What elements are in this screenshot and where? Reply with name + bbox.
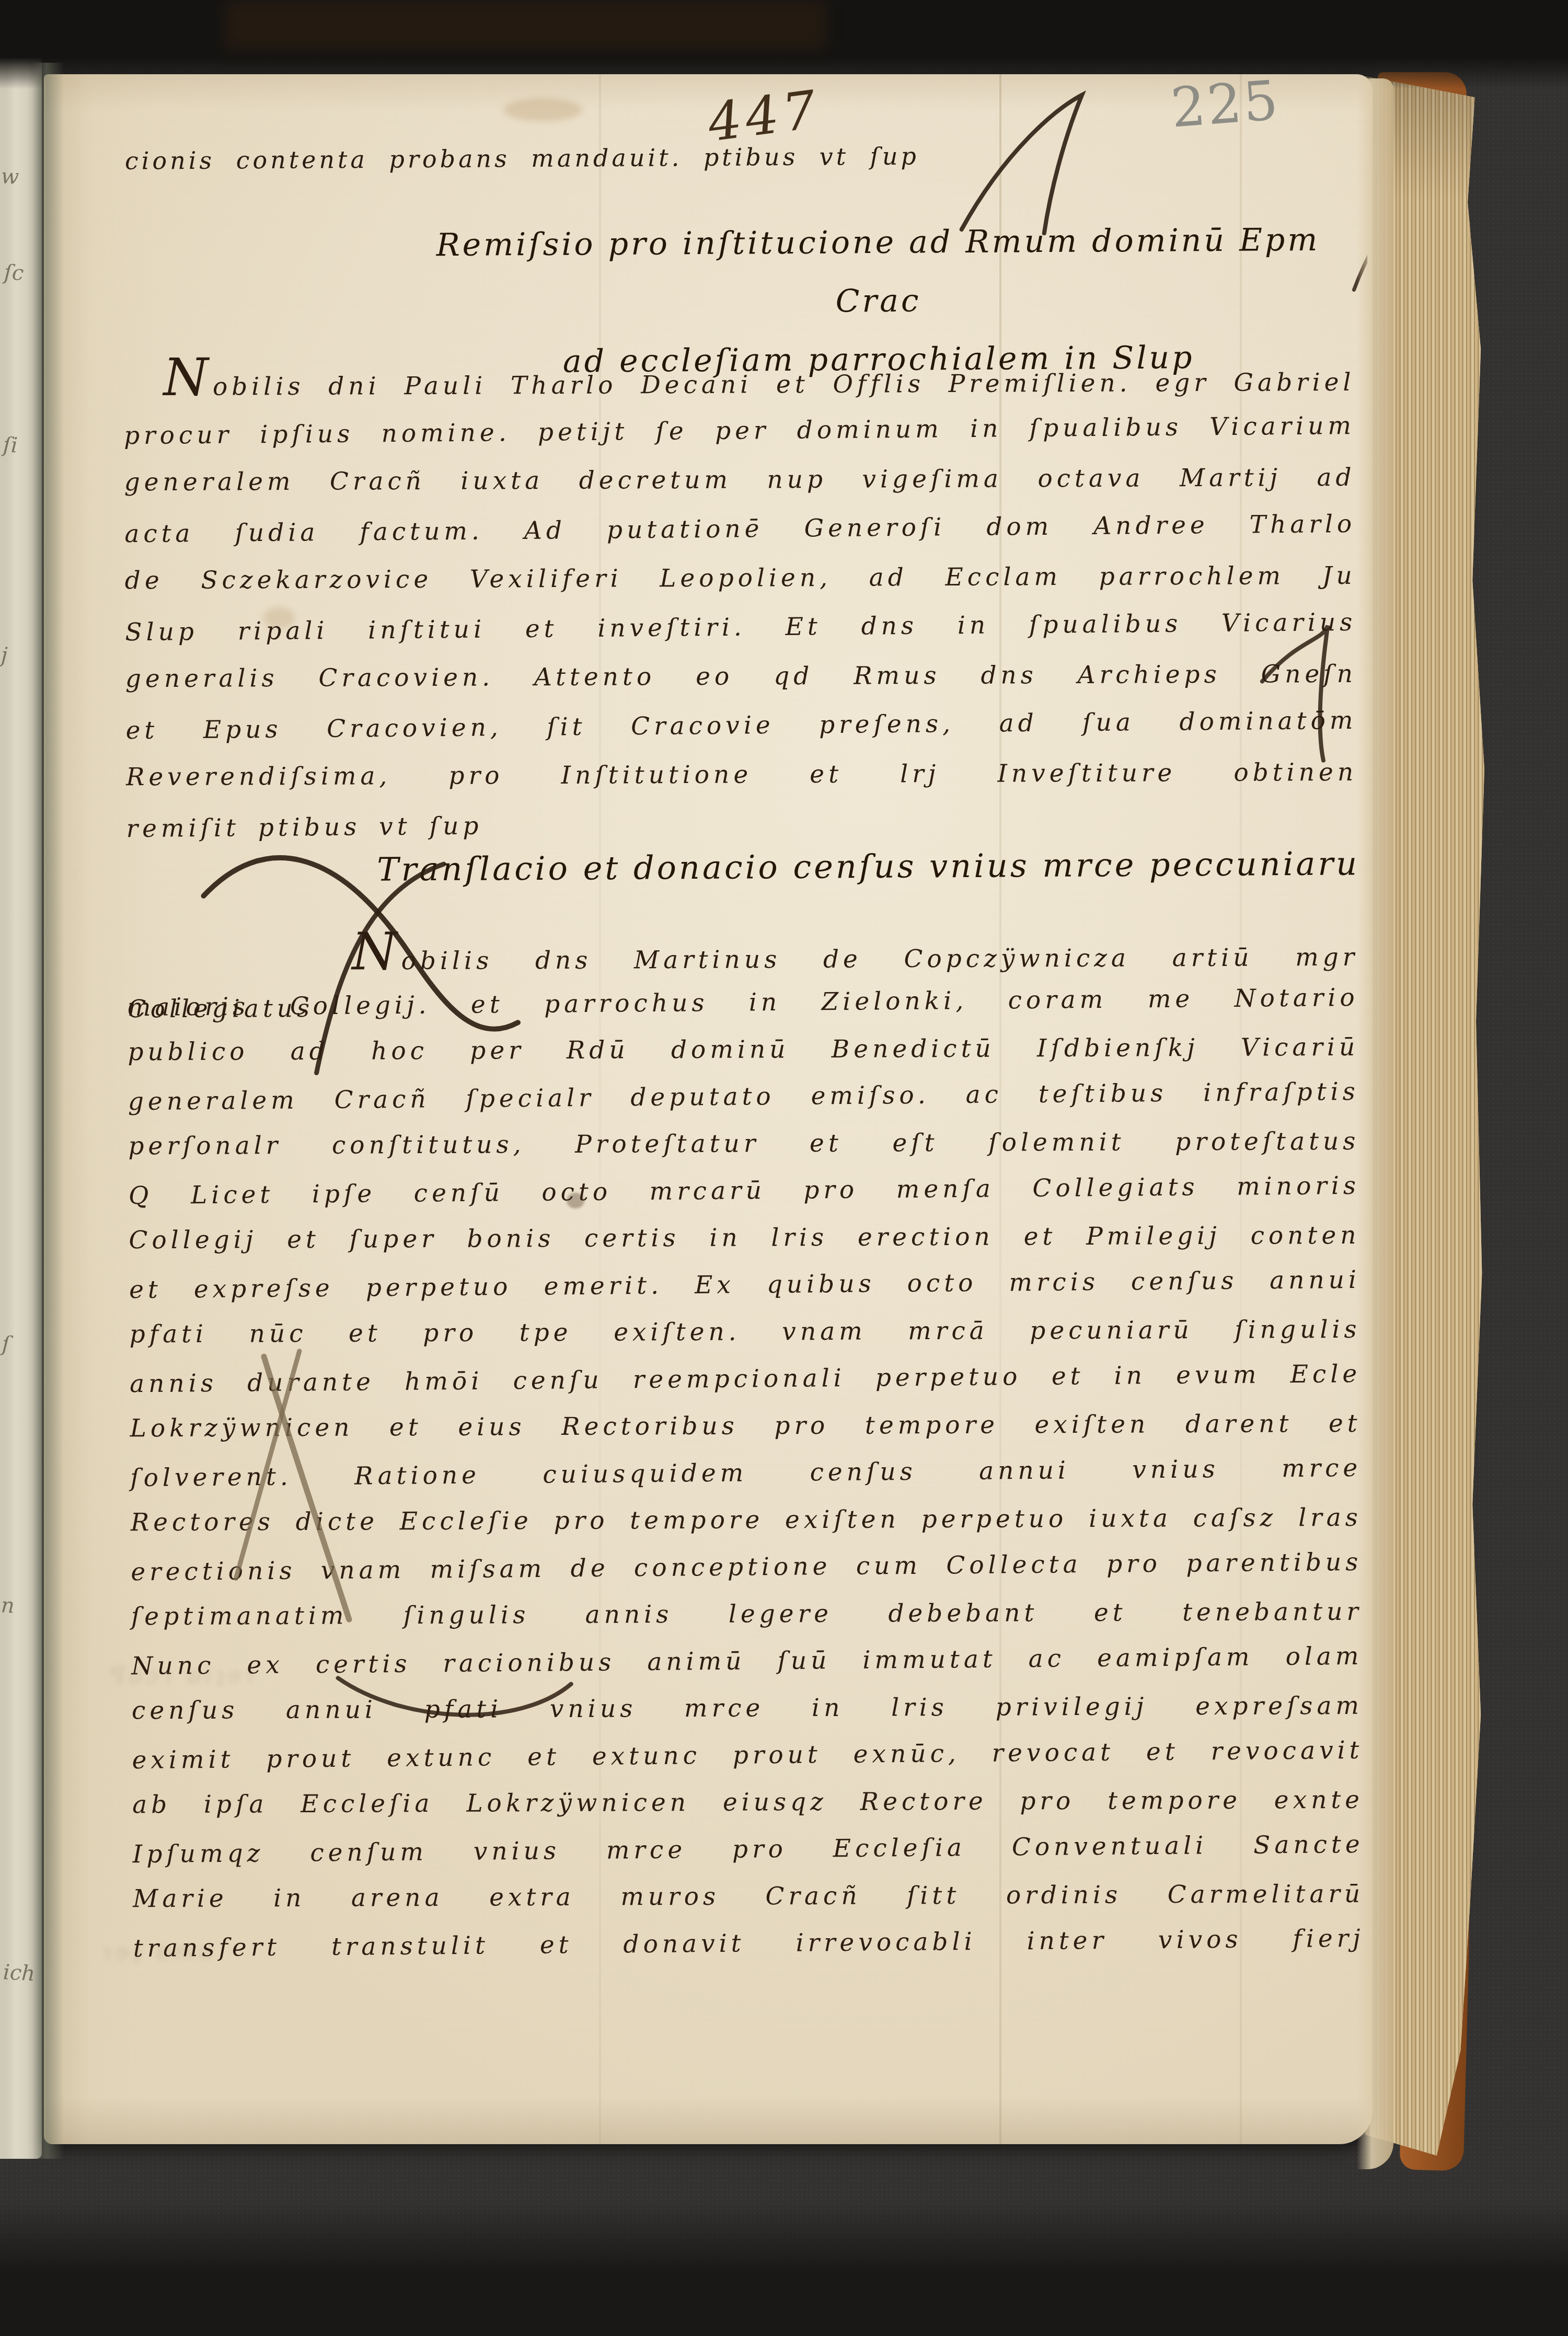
text-line: Collegij et ſuper bonis certis in lris e… [129,1212,1360,1264]
text-line: eximit prout extunc et extunc prout exnū… [132,1727,1364,1784]
page-curl-edge [1357,78,1393,2169]
text-line: annis durante hmōi cenſu reempcionali pe… [130,1351,1362,1408]
text-line: Nobilis dns Martinus de Copczÿwnicza art… [127,930,1358,982]
text-line: pfati nūc et pro tpe exiſten. vnam mrcā … [129,1306,1361,1358]
text-line: Lokrzÿwnicen et eius Rectoribus pro temp… [130,1400,1362,1452]
text-line: Reverendiſsima, pro Inſtitutione et lrj … [126,748,1357,802]
paragraph-remissio: Nobilis dni Pauli Tharlo Decani et Offli… [123,353,1358,852]
manuscript-page: 447 225 cionis contenta probans mandauit… [44,74,1373,2144]
text-line: erectionis vnam miſsam de conceptione cu… [131,1539,1363,1596]
text-line: perſonalr conſtitutus, Proteſtatur et eſ… [128,1118,1359,1170]
paragraph-translacio: Nobilis dns Martinus de Copczÿwnicza art… [127,928,1365,1971]
text-line: ab ipſa Eccleſia Lokrzÿwnicen eiusqz Rec… [132,1777,1364,1828]
heading-line: Remiſsio pro inſtitucione ad Rmum dominū… [392,210,1365,333]
text-line: de Sczekarzovice Vexiliferi Leopolien, a… [125,551,1356,605]
text-line: ſeptimanatim ſingulis annis legere debeb… [131,1589,1363,1640]
manuscript-scan: w ſcſijſnich 447 225 cionis contenta pro… [0,0,1568,2336]
heading-translacio: Tranſlacio et donacio cenſus vnius mrce … [377,834,1360,899]
ink-bleedthrough: ɿɘʇ ɒmu [101,1937,373,1965]
gutter-shadow [32,63,64,2159]
text-line: generalis Cracovien. Attento eo qd Rmus … [125,650,1357,704]
text-line: et expreſse perpetuo emerit. Ex quibus o… [129,1257,1361,1314]
heading-line: Tranſlacio et donacio cenſus vnius mrce … [377,834,1360,899]
text-line: Nobilis dni Pauli Tharlo Decani et Offli… [123,355,1355,409]
text-line: Q Licet ipſe cenſū octo mrcarū pro menſa… [129,1163,1361,1219]
page-content: 447 225 cionis contenta probans mandauit… [38,70,1379,2148]
text-line: Ipſumqz cenſum vnius mrce pro Eccleſia C… [132,1821,1364,1878]
text-line: cenſus annui pfati vnius mrce in lris pr… [132,1683,1363,1734]
text-line: ſolverent. Ratione cuiusquidem cenſus an… [130,1445,1362,1502]
text-line: generalem Cracñ iuxta decretum nup vigeſ… [124,453,1355,507]
book-head-edge-shadow [225,0,826,50]
text-line: Slup ripali inſtitui et inveſtiri. Et dn… [125,598,1357,657]
ink-bleedthrough: ꟼoɔɿ ɒiʇɘɿ [110,1661,434,1689]
text-line: publico ad hoc per Rdū dominū Benedictū … [128,1024,1359,1076]
text-line: et Epus Cracovien, ſit Cracovie preſens,… [125,696,1357,755]
text-line: generalem Cracñ ſpecialr deputato emiſso… [128,1068,1360,1125]
opening-line: cionis contenta probans mandauit. ptibus… [125,142,919,175]
text-line: Marie in arena extra muros Cracñ ſitt or… [133,1871,1364,1923]
text-line: acta ſudia factum. Ad putationē Generoſi… [124,500,1356,559]
text-line: procur ipſius nomine. petijt ſe per domi… [124,401,1356,461]
text-line: maioris Collegij. et parrochus in Zielon… [127,974,1359,1031]
folio-number-pencil: 225 [1169,68,1282,140]
text-line: Rectores dicte Eccleſie pro tempore exiſ… [131,1494,1362,1546]
